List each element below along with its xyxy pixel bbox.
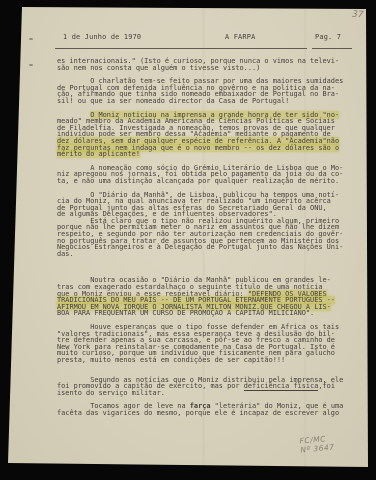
text-segment: Negócios Estrangeiros e à Delegação de P… [57, 243, 343, 251]
text-segment: presta, muito menos está em condições de… [57, 356, 285, 364]
document-body: es internacionais." (Isto é curioso, por… [57, 58, 357, 417]
scanned-page: 1 de Junho de 1970 A FARPA Pag. 7 37 es … [6, 7, 369, 469]
paragraph: es internacionais." (Isto é curioso, por… [57, 58, 357, 71]
header-rule [55, 48, 307, 49]
text-line: facêta das vigarices do mesmo, porque el… [57, 410, 357, 417]
text-line: mérito do aplicante! [57, 151, 357, 158]
text-segment: ta, e não uma distinção alcançada por qu… [57, 177, 339, 185]
margin-mark [29, 38, 33, 40]
text-line: das. [57, 251, 357, 258]
handwritten-page-number: 37 [352, 10, 364, 21]
text-segment: ,foi [318, 382, 335, 390]
text-line: BOA PARA FREQUENTAR UM CURSO DE PROMOÇÃO… [57, 310, 357, 317]
text-segment: são nem nos consta que alguém o tivesse … [57, 64, 260, 72]
text-line: ta, e não uma distinção alcançada por qu… [57, 178, 357, 185]
text-segment: das. [57, 250, 74, 258]
header-page-number: Pag. 7 [315, 33, 341, 41]
paragraph: Houve esperanças que o tipo fosse defend… [57, 324, 357, 364]
text-segment: facêta das vigarices do mesmo, porque el… [57, 409, 339, 417]
header-title: A FARPA [225, 33, 255, 41]
handwritten-note-line: Nº 3647 [300, 443, 335, 455]
paragraph: O "Diário da Manhã", de Lisboa, publicou… [57, 192, 357, 258]
text-line: são nem nos consta que alguém o tivesse … [57, 65, 357, 72]
text-line: sil! ou que ia ser nomeado director da C… [57, 98, 357, 105]
header-rule-page [312, 48, 352, 49]
paragraph: Segundo as notícias que o Moniz distribu… [57, 377, 357, 397]
margin-mark [29, 64, 33, 66]
underlined-text: deficiência física [244, 382, 319, 391]
paragraph: Noutra ocasião o "Diário da Manhã" publi… [57, 277, 357, 317]
paragraph: O Moniz noticiou na imprensa a grande ho… [57, 112, 357, 158]
text-segment: isento do serviço militar. [57, 389, 165, 397]
handwritten-archive-note: FC/MC Nº 3647 [299, 434, 335, 455]
header-date: 1 de Junho de 1970 [63, 33, 141, 41]
text-line: presta, muito menos está em condições de… [57, 357, 357, 364]
paragraph: Tocamos agor de leve na farça "leterária… [57, 403, 357, 416]
paragraph: O charlatão tem-se feito passar por uma … [57, 78, 357, 104]
highlighted-text: mérito do aplicante! [57, 150, 140, 158]
text-segment: sil! ou que ia ser nomeado director da C… [57, 97, 289, 105]
text-line: Negócios Estrangeiros e à Delegação de P… [57, 244, 357, 251]
paragraph: A nomeação como sócio do Grémio Literári… [57, 165, 357, 185]
text-segment: BOA PARA FREQUENTAR UM CURSO DE PROMOÇÃO… [57, 309, 314, 317]
